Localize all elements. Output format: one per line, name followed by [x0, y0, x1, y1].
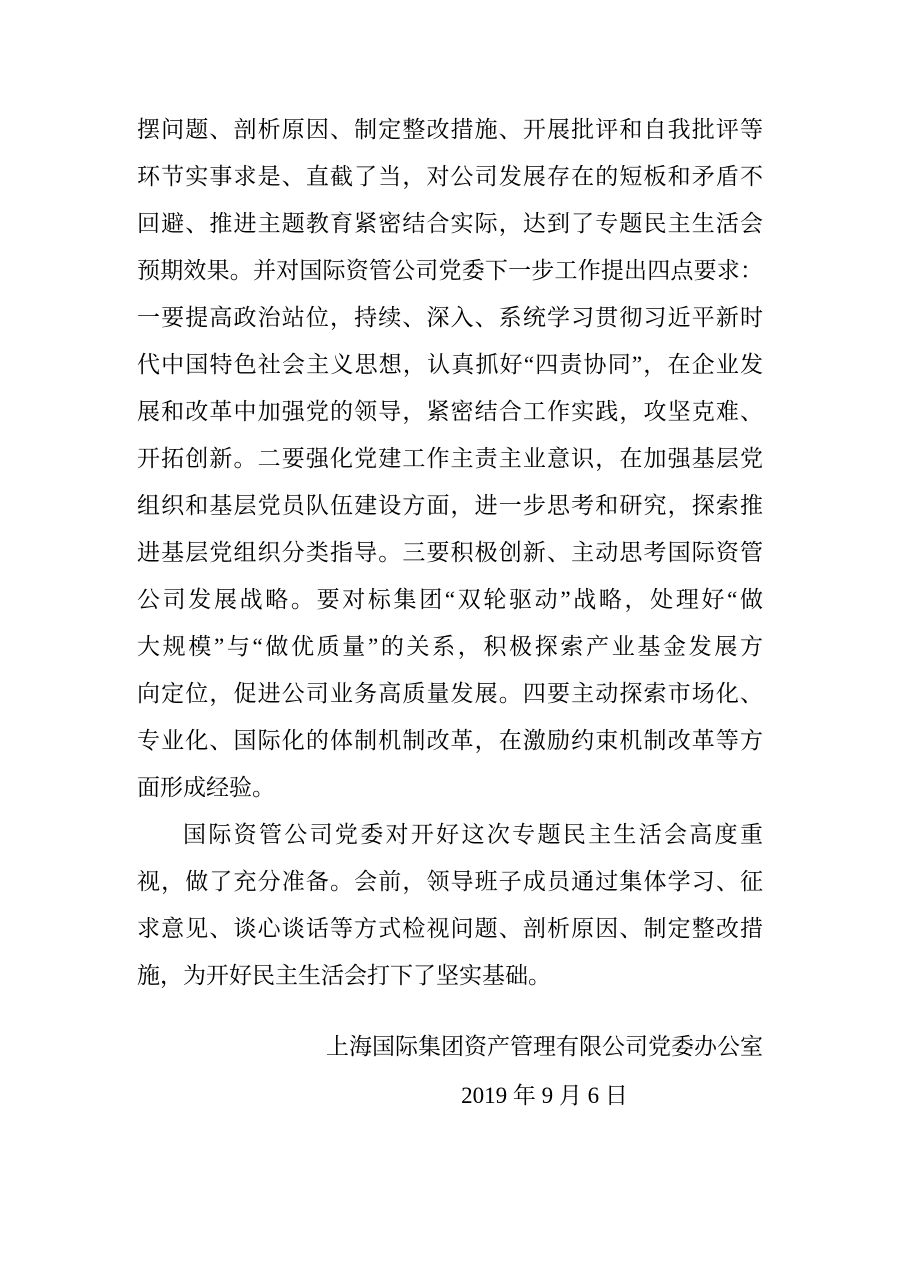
paragraph-2: 国际资管公司党委对开好这次专题民主生活会高度重 视，做了充分准备。会前，领导班子… [137, 811, 763, 999]
document-page: 摆问题、剖析原因、制定整改措施、开展批评和自我批评等 环节实事求是、直截了当，对… [0, 0, 900, 1272]
text-line: 向定位，促进公司业务高质量发展。四要主动探索市场化、 [137, 670, 763, 717]
text-line: 环节实事求是、直截了当，对公司发展存在的短板和矛盾不 [137, 153, 763, 200]
text-line: 展和改革中加强党的领导，紧密结合工作实践，攻坚克难、 [137, 388, 763, 435]
text-line: 一要提高政治站位，持续、深入、系统学习贯彻习近平新时 [137, 294, 763, 341]
text-line: 摆问题、剖析原因、制定整改措施、开展批评和自我批评等 [137, 106, 763, 153]
text-line: 视，做了充分准备。会前，领导班子成员通过集体学习、征 [137, 858, 763, 905]
text-line: 施，为开好民主生活会打下了坚实基础。 [137, 952, 763, 999]
text-line: 回避、推进主题教育紧密结合实际，达到了专题民主生活会 [137, 200, 763, 247]
document-body: 摆问题、剖析原因、制定整改措施、开展批评和自我批评等 环节实事求是、直截了当，对… [137, 106, 763, 1121]
text-line: 进基层党组织分类指导。三要积极创新、主动思考国际资管 [137, 529, 763, 576]
signature-line: 上海国际集团资产管理有限公司党委办公室 [326, 1023, 763, 1070]
text-line: 代中国特色社会主义思想，认真抓好“四责协同”，在企业发 [137, 341, 763, 388]
text-line: 面形成经验。 [137, 764, 763, 811]
text-line: 预期效果。并对国际资管公司党委下一步工作提出四点要求： [137, 247, 763, 294]
paragraph-1: 摆问题、剖析原因、制定整改措施、开展批评和自我批评等 环节实事求是、直截了当，对… [137, 106, 763, 811]
closing-block: 上海国际集团资产管理有限公司党委办公室 2019 年 9 月 6 日 [326, 1023, 763, 1121]
text-line: 求意见、谈心谈话等方式检视问题、剖析原因、制定整改措 [137, 905, 763, 952]
text-line: 专业化、国际化的体制机制改革，在激励约束机制改革等方 [137, 717, 763, 764]
text-line: 公司发展战略。要对标集团“双轮驱动”战略，处理好“做 [137, 576, 763, 623]
date-line: 2019 年 9 月 6 日 [326, 1070, 763, 1121]
text-line: 组织和基层党员队伍建设方面，进一步思考和研究，探索推 [137, 482, 763, 529]
text-line: 国际资管公司党委对开好这次专题民主生活会高度重 [137, 811, 763, 858]
text-line: 大规模”与“做优质量”的关系，积极探索产业基金发展方 [137, 623, 763, 670]
text-line: 开拓创新。二要强化党建工作主责主业意识，在加强基层党 [137, 435, 763, 482]
